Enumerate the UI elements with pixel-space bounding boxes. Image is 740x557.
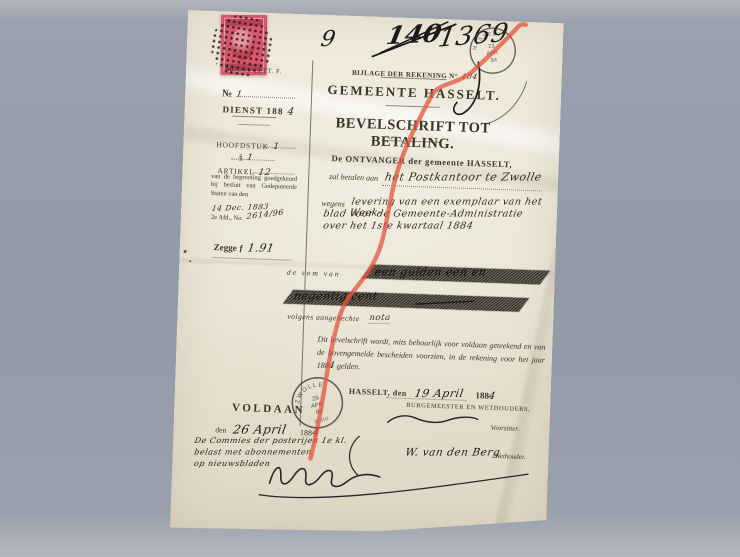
postmark-zwolle-year: 84	[316, 409, 324, 416]
zegge-value: 1.91	[246, 242, 275, 255]
handwritten-figure: 9	[319, 27, 338, 52]
no-label: №	[222, 88, 232, 99]
jaar-hw: 4	[488, 391, 497, 402]
note-line-2: belast met abonnementen	[193, 448, 312, 457]
som-centen: negentig cent	[293, 289, 379, 302]
zegge-rule	[212, 257, 292, 261]
den-label: den	[215, 425, 226, 434]
document-paper: 9 140 1369 HASSELT 23 APR 84 MODEL LETT.…	[170, 10, 564, 541]
betalen-value: het Postkantoor te Zwolle	[384, 171, 543, 184]
som-label: de som van	[287, 268, 341, 279]
svg-text:26 APR 84: 26 APR 84	[309, 394, 327, 416]
signature-underline-flourish	[259, 465, 528, 506]
postmark-hasselt-city: HASSELT	[470, 30, 504, 51]
zegge-label: Zegge ƒ	[214, 242, 244, 253]
gemeente-rule	[386, 105, 440, 108]
wethouder-signature-name: W. van den Berg	[404, 447, 501, 459]
voldaan-date: 26 April	[232, 423, 288, 437]
betalen-label: zal betalen aan	[329, 172, 378, 183]
svg-text:23 APR 84: 23 APR 84	[485, 43, 500, 64]
som-guldens: een gulden een en	[374, 266, 488, 279]
voldaan-label: VOLDAAN	[232, 402, 305, 417]
svg-text:HASSELT: HASSELT	[470, 30, 504, 51]
paper-speck	[184, 250, 187, 253]
begrooting-text: van de begrooting goedgekeurd bij beslui…	[210, 173, 297, 201]
volgens-value: nota	[368, 313, 391, 324]
slot-paragraph: Dit bevelschrift wordt, mits behoorlijk …	[316, 333, 545, 381]
note-line-1: De Commies der posterijen 1e kl.	[194, 436, 348, 445]
betalen-underline	[382, 184, 542, 192]
postmark-hasselt-day: 23	[488, 43, 495, 50]
volgens-label: volgens aangehechte	[287, 312, 359, 324]
photo-of-document: 9 140 1369 HASSELT 23 APR 84 MODEL LETT.…	[0, 0, 740, 557]
voorzitter-label: Voorzitter.	[490, 424, 519, 433]
bijlage-value: 104	[461, 72, 479, 81]
document-title: BEVELSCHRIFT TOT BETALING.	[292, 114, 533, 156]
signature-commies	[270, 467, 381, 488]
wegens-line-3: over het 1ste kwartaal 1884	[322, 220, 474, 231]
signature-voorzitter	[388, 414, 478, 425]
signature-paren-flourish	[349, 436, 359, 475]
zegge-row: Zegge ƒ 1.91	[213, 237, 274, 257]
dienst-rule-2	[238, 124, 270, 126]
crossed-out-number: 140	[384, 19, 444, 50]
postmark-hasselt-year: 84	[491, 57, 498, 64]
ontvanger-line: De ONTVANGER der gemeente HASSELT,	[322, 153, 522, 170]
wegens-label: wegens	[321, 199, 345, 209]
place-date-row: HASSELT, den 19 April 1884	[349, 381, 497, 404]
afd-label: 2e Afd., No.	[211, 214, 244, 222]
college-label: BURGEMEESTER EN WETHOUDERS,	[393, 401, 543, 413]
wegens-line-2: blad voor de Gemeente-Administratie	[322, 208, 523, 219]
paper-speck	[189, 260, 191, 262]
note-line-3: op nieuwsbladen	[193, 459, 271, 468]
wethouder-label: Wethouder.	[494, 452, 525, 461]
dienst-label: DIENST 188	[222, 104, 283, 116]
